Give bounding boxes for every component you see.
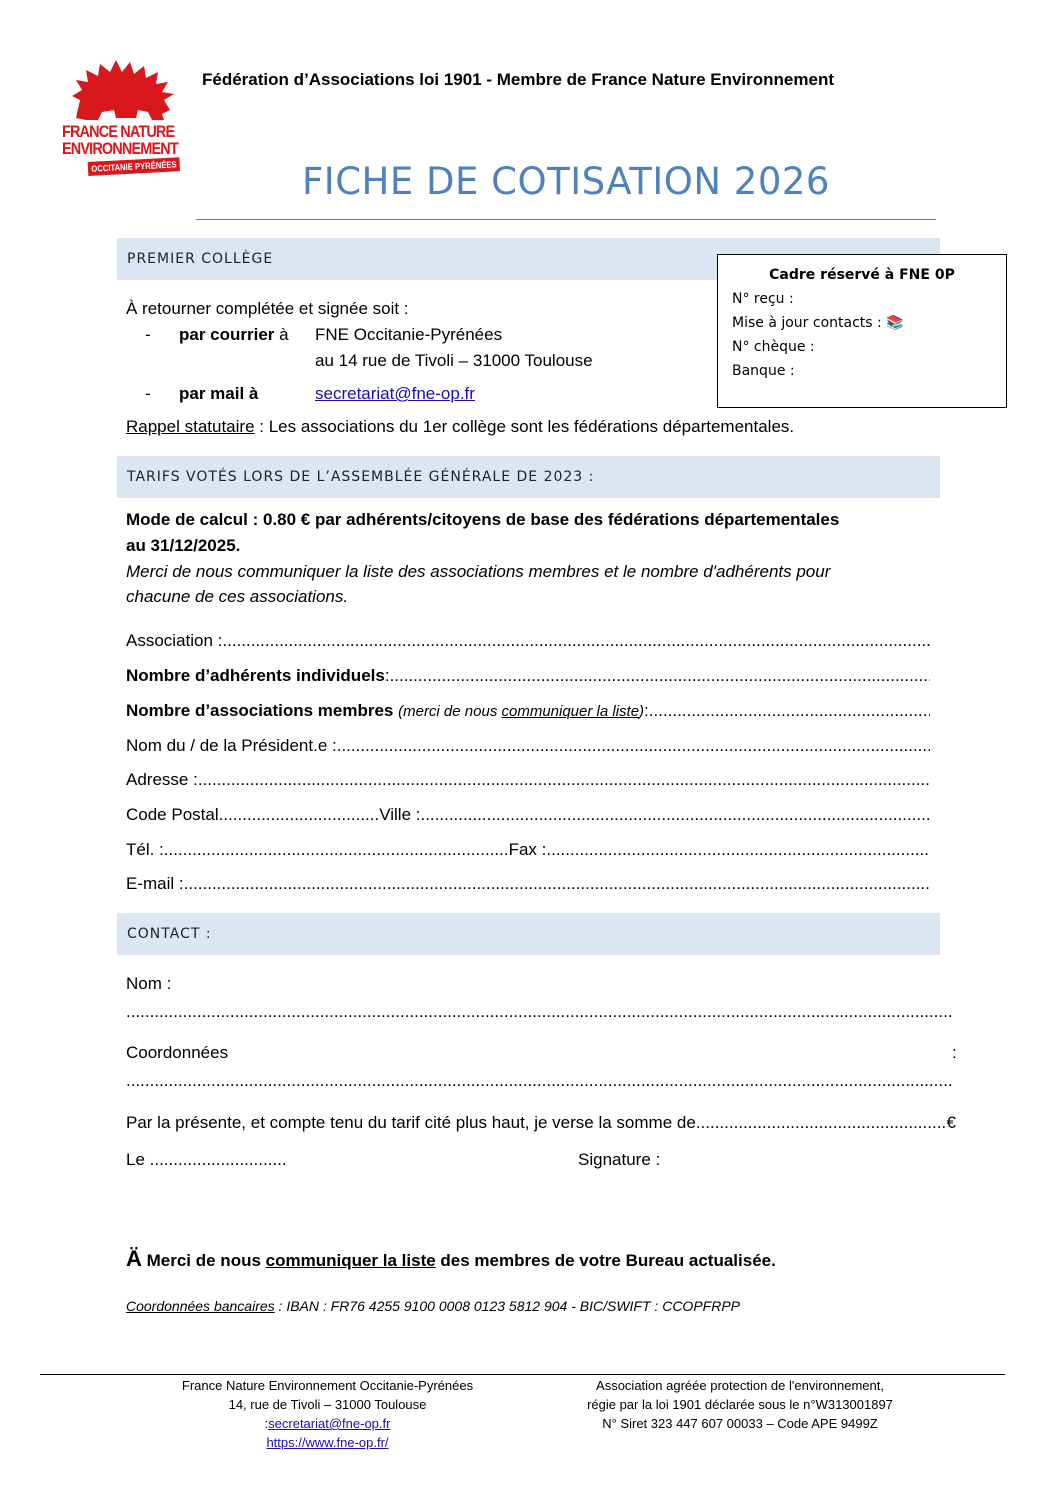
courrier-label-text: par courrier bbox=[179, 325, 274, 344]
email-field[interactable]: E-mail : ...............................… bbox=[126, 874, 930, 894]
field-note: (merci de nous communiquer la liste) bbox=[398, 701, 644, 721]
bank-details: Coordonnées bancaires : IBAN : FR76 4255… bbox=[126, 1298, 740, 1314]
footer-website-link[interactable]: https://www.fne-op.fr/ bbox=[266, 1435, 388, 1450]
contact-nom-field[interactable]: ........................................… bbox=[126, 1002, 954, 1022]
mail-address-2: au 14 rue de Tivoli – 31000 Toulouse bbox=[315, 351, 593, 371]
section-title: PREMIER COLLÈGE bbox=[127, 251, 273, 267]
courrier-prep: à bbox=[279, 325, 288, 344]
contact-coordonnees-field[interactable]: ........................................… bbox=[126, 1071, 954, 1091]
field-label: Tél. : bbox=[126, 840, 164, 860]
field-label: Adresse : bbox=[126, 770, 198, 790]
mode-calcul: Mode de calcul : 0.80 € par adhérents/ci… bbox=[126, 510, 839, 530]
bureau-link: communiquer la liste bbox=[266, 1251, 436, 1270]
books-icon: 📚 bbox=[886, 315, 903, 331]
title-divider bbox=[196, 219, 936, 220]
bullet-dash: - bbox=[145, 325, 151, 345]
reserved-cheque: N° chèque : bbox=[732, 339, 1006, 355]
field-dots: ........................................… bbox=[126, 1002, 954, 1022]
field-label-ville: Ville : bbox=[379, 805, 420, 825]
field-label: E-mail : bbox=[126, 874, 184, 894]
field-dots: ........................................… bbox=[337, 736, 930, 756]
fne-logo: FRANCE NATURE ENVIRONNEMENT OCCITANIE PY… bbox=[58, 60, 188, 185]
code-postal-ville-field[interactable]: Code Postal ............................… bbox=[126, 805, 930, 825]
bureau-post: des membres de votre Bureau actualisée. bbox=[436, 1251, 776, 1270]
logo-badge: OCCITANIE PYRÉNÉES bbox=[88, 157, 181, 176]
courrier-label: par courrier à bbox=[179, 325, 289, 345]
section-contact: CONTACT : bbox=[117, 913, 940, 955]
footer-address: 14, rue de Tivoli – 31000 Toulouse bbox=[140, 1395, 515, 1414]
footer-agreement: Association agréée protection de l'envir… bbox=[540, 1376, 940, 1395]
rappel-statutaire: Rappel statutaire : Les associations du … bbox=[126, 417, 794, 437]
rappel-text: : Les associations du 1er collège sont l… bbox=[255, 417, 795, 436]
field-dots: ........................................… bbox=[390, 666, 930, 686]
note-pre: (merci de nous bbox=[398, 703, 501, 720]
reserved-box-heading: Cadre réservé à FNE 0P bbox=[718, 267, 1006, 283]
tel-fax-field[interactable]: Tél. :..................................… bbox=[126, 840, 930, 860]
reserved-banque: Banque : bbox=[732, 363, 1006, 379]
page-title: FICHE DE COTISATION 2026 bbox=[196, 160, 936, 203]
field-label-fax: Fax : bbox=[509, 840, 547, 860]
email-link[interactable]: secretariat@fne-op.fr bbox=[315, 384, 475, 404]
date-label: Le bbox=[126, 1150, 150, 1169]
field-dots: ........................................… bbox=[126, 1071, 954, 1091]
footer-right: Association agréée protection de l'envir… bbox=[540, 1376, 940, 1433]
email-label: par mail à bbox=[179, 384, 258, 404]
euro-sign: € bbox=[947, 1113, 956, 1133]
footer-siret: N° Siret 323 447 607 00033 – Code APE 94… bbox=[540, 1414, 940, 1433]
footer-left: France Nature Environnement Occitanie-Py… bbox=[140, 1376, 515, 1452]
logo-line-2: ENVIRONNEMENT bbox=[62, 139, 178, 159]
payment-text: Par la présente, et compte tenu du tarif… bbox=[126, 1113, 696, 1133]
reserved-contacts-label: Mise à jour contacts : bbox=[732, 315, 882, 331]
nb-associations-field[interactable]: Nombre d’associations membres (merci de … bbox=[126, 701, 930, 721]
footer-registration: régie par la loi 1901 déclarée sous le n… bbox=[540, 1395, 940, 1414]
hedgehog-icon bbox=[66, 60, 186, 122]
return-intro: À retourner complétée et signée soit : bbox=[126, 299, 409, 319]
contact-coordonnees-label: Coordonnées bbox=[126, 1043, 228, 1063]
field-label: Nombre d’adhérents individuels bbox=[126, 666, 385, 686]
payment-field[interactable]: Par la présente, et compte tenu du tarif… bbox=[126, 1113, 956, 1133]
rappel-label: Rappel statutaire bbox=[126, 417, 255, 436]
bureau-pre: Merci de nous bbox=[142, 1251, 266, 1270]
nb-adherents-field[interactable]: Nombre d’adhérents individuels : .......… bbox=[126, 666, 930, 686]
bank-label: Coordonnées bancaires bbox=[126, 1298, 275, 1314]
section-title: CONTACT : bbox=[127, 926, 212, 942]
field-dots: ........................................… bbox=[696, 1113, 947, 1133]
reserved-recu: N° reçu : bbox=[732, 291, 1006, 307]
field-dots: ........................................… bbox=[649, 701, 930, 721]
field-dots: ........................................… bbox=[420, 805, 930, 825]
field-dots: .................................. bbox=[219, 805, 380, 825]
field-dots: ........................................… bbox=[164, 840, 509, 860]
president-field[interactable]: Nom du / de la Président.e : ...........… bbox=[126, 736, 930, 756]
field-label: Nom du / de la Président.e : bbox=[126, 736, 337, 756]
bank-text: : IBAN : FR76 4255 9100 0008 0123 5812 9… bbox=[275, 1298, 740, 1314]
reserved-box: Cadre réservé à FNE 0P N° reçu : Mise à … bbox=[717, 254, 1007, 408]
field-dots: ............................. bbox=[150, 1150, 287, 1169]
section-tarifs: TARIFS VOTÉS LORS DE L’ASSEMBLÉE GÉNÉRAL… bbox=[117, 456, 940, 498]
association-field[interactable]: Association : ..........................… bbox=[126, 631, 930, 651]
footer-divider bbox=[40, 1374, 1005, 1375]
footer-email: :secretariat@fne-op.fr bbox=[140, 1414, 515, 1433]
tarifs-note: Merci de nous communiquer la liste des a… bbox=[126, 562, 830, 582]
date-field[interactable]: Le ............................. bbox=[126, 1150, 287, 1170]
federation-tagline: Fédération d’Associations loi 1901 - Mem… bbox=[202, 70, 834, 90]
field-dots: ........................................… bbox=[546, 840, 930, 860]
mail-address-1: FNE Occitanie-Pyrénées bbox=[315, 325, 502, 345]
footer-email-link[interactable]: secretariat@fne-op.fr bbox=[268, 1416, 390, 1431]
signature-label: Signature : bbox=[578, 1150, 660, 1170]
bullet-dash: - bbox=[145, 384, 151, 404]
bureau-note: Ä Merci de nous communiquer la liste des… bbox=[126, 1246, 776, 1272]
field-dots: ........................................… bbox=[222, 631, 930, 651]
field-label: Code Postal bbox=[126, 805, 219, 825]
mode-calcul-date: au 31/12/2025. bbox=[126, 536, 240, 556]
contact-coordonnees-colon: : bbox=[952, 1043, 957, 1063]
section-title: TARIFS VOTÉS LORS DE L’ASSEMBLÉE GÉNÉRAL… bbox=[127, 469, 594, 485]
tarifs-note-2: chacune de ces associations. bbox=[126, 587, 348, 607]
reserved-contacts: Mise à jour contacts : 📚 bbox=[732, 315, 1006, 331]
field-label: Nombre d’associations membres bbox=[126, 701, 393, 721]
field-dots: ........................................… bbox=[198, 770, 930, 790]
field-label: Association : bbox=[126, 631, 222, 651]
note-link: communiquer la liste bbox=[501, 703, 639, 720]
adresse-field[interactable]: Adresse : ..............................… bbox=[126, 770, 930, 790]
contact-nom-label: Nom : bbox=[126, 974, 171, 994]
bullet-glyph-icon: Ä bbox=[126, 1246, 142, 1271]
footer-org: France Nature Environnement Occitanie-Py… bbox=[140, 1376, 515, 1395]
field-dots: ........................................… bbox=[184, 874, 930, 894]
